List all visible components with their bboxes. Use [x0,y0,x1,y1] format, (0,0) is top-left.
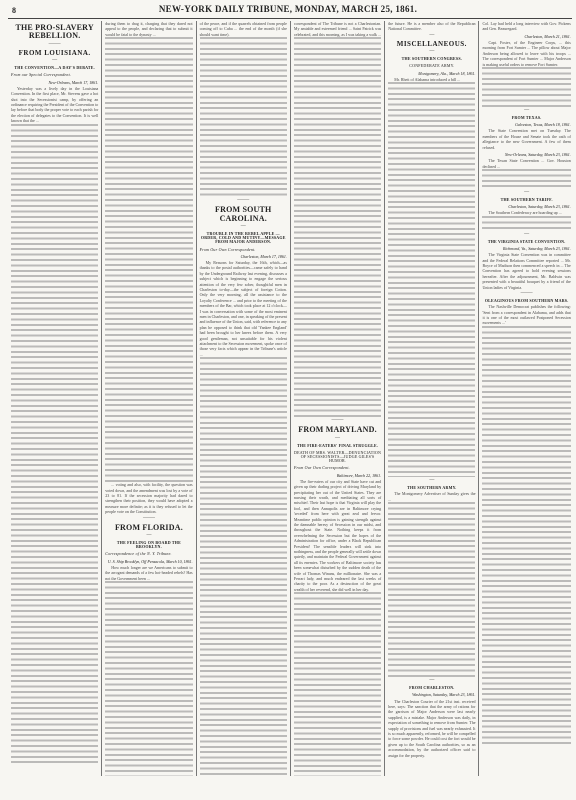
divider: ⸻ [105,516,192,521]
article-body-lines [482,216,570,231]
article-deck: THE CONVENTION—A DAY'S DEBATE. [11,66,98,70]
article-credit: From our Special Correspondent. [11,73,98,77]
article-dateline: Washington, Saturday, March 23, 1861. [388,693,475,697]
article-continuation: during them to drag it, charging that th… [105,21,192,37]
article-dateline: Richmond, Va., Saturday, March 23, 1861. [482,247,570,251]
column-2: during them to drag it, charging that th… [102,21,196,776]
article-headline: OLEAGINOUS FROM SOUTHERN MARS. [482,299,570,303]
masthead-rule [8,18,572,19]
article-tail: ... voting and also, with facility, the … [105,482,192,514]
article-continuation: correspondent of The Tribune is not a Ch… [294,21,381,37]
article-body: The fire-eaters of our city and State ha… [294,479,381,593]
article-dateline: Charleston, March 21, 1861. [482,35,570,39]
article-body-lines [388,82,475,477]
article-headline: FROM SOUTH CAROLINA. [200,206,287,223]
article-dateline: New-Orleans, Saturday, March 23, 1861. [482,153,570,157]
article-continuation: the future. He is a member also of the R… [388,21,475,32]
article-credit: From Our Own Correspondent. [294,466,381,470]
article-dateline: Montgomery, Ala., March 18, 1861. [388,72,475,76]
article-body-lines [482,67,570,107]
article-subhead: FROM LOUISIANA. [11,50,98,57]
article-deck: THE SOUTHERN CONGRESS. [388,57,475,61]
divider: — [200,224,287,229]
article-body-lines [294,37,381,417]
article-headline: FROM TEXAS. [482,116,570,120]
article-body: The Charleston Courier of the 21st inst.… [388,699,475,758]
article-dateline: Charleston, Saturday, March 23, 1861. [482,205,570,209]
article-credit: Correspondence of the N. Y. Tribune. [105,552,192,556]
article-dateline: Charleston, March 17, 1861. [200,255,287,259]
article-body-lines [11,124,98,764]
column-4: correspondent of The Tribune is not a Ch… [291,21,385,776]
newspaper-columns: THE PRO-SLAVERY REBELLION. ⸻ FROM LOUISI… [8,21,574,776]
article-headline: MISCELLANEOUS. [388,41,475,48]
article-lead: Yesterday was a lively day in the Louisi… [11,86,98,124]
article-dateline: U. S. Ship Brooklyn, Off Pensacola, Marc… [105,560,192,564]
article-headline: FROM FLORIDA. [105,524,192,532]
article-deck: THE FIRE-EATERS' FINAL STRUGGLE. [294,444,381,448]
divider: — [294,436,381,441]
article-subdeck: DEATH OF MRS. WALTER—DENUNCIATION OF SEC… [294,451,381,464]
article-headline: FROM MARYLAND. [294,426,381,434]
article-credit: From Our Own Correspondent. [200,248,287,252]
divider: ⸻ [200,198,287,203]
divider: ⸻ [482,291,570,296]
article-body-lines [105,581,192,776]
column-6: Col. Lay had held a long interview with … [479,21,573,776]
article-headline: THE PRO-SLAVERY REBELLION. [11,24,98,41]
article-body: The Nashville Democrat publishes the fol… [482,304,570,326]
divider: — [388,678,475,683]
article-deck: TROUBLE IN THE REBEL APPLE — ORDER, COLD… [200,232,287,245]
article-lead: How much longer are we Americans to subm… [105,565,192,581]
divider: — [388,49,475,54]
article-continuation: Col. Lay had held a long interview with … [482,21,570,32]
article-dateline: Galveston, Texas, March 18, 1861. [482,123,570,127]
article-dateline: Baltimore, March 22, 1861. [294,474,381,478]
article-headline: THE SOUTHERN ARMY. [388,486,475,490]
article-dateline: New-Orleans, March 17, 1861. [11,81,98,85]
divider: ⸻ [11,42,98,47]
divider: — [482,108,570,113]
divider: — [388,33,475,38]
column-1: THE PRO-SLAVERY REBELLION. ⸻ FROM LOUISI… [8,21,102,776]
divider: ⸻ [294,418,381,423]
column-5: the future. He is a member also of the R… [385,21,479,776]
article-subdeck: CONFEDERATE ARMY. [388,64,475,68]
article-headline: THE VIRGINIA STATE CONVENTION. [482,240,570,244]
article-headline: THE SOUTHERN TARIFF. [482,198,570,202]
article-body-lines [482,169,570,189]
article-body-lines [482,326,570,746]
divider: — [11,58,98,63]
article-body-lines [294,592,381,776]
column-3: of the peace, and if the quarrels obtain… [197,21,291,776]
divider: — [105,533,192,538]
article-deck: THE FEELING ON BOARD THE BROOKLYN. [105,541,192,549]
divider: — [482,190,570,195]
article-body: The State Convention met on Tuesday. The… [482,128,570,150]
article-body: Capt. Foster, of the Engineer Corps, ...… [482,40,570,67]
article-body: The Texan State Convention ... Gov. Hous… [482,158,570,169]
article-body-lines [105,37,192,482]
divider: — [388,478,475,483]
article-headline: FROM CHARLESTON. [388,686,475,690]
article-body-lines [200,37,287,197]
article-body: My Reasons for Saturday, the 16th, which… [200,260,287,357]
article-continuation: of the peace, and if the quarrels obtain… [200,21,287,37]
article-body-lines [200,357,287,776]
article-body-lines [388,502,475,677]
masthead: NEW-YORK DAILY TRIBUNE, MONDAY, MARCH 25… [0,4,576,14]
divider: — [482,232,570,237]
article-body: The Virginia State Convention was in com… [482,252,570,290]
article-body: The Montgomery Advertiser of Sunday give… [388,491,475,502]
